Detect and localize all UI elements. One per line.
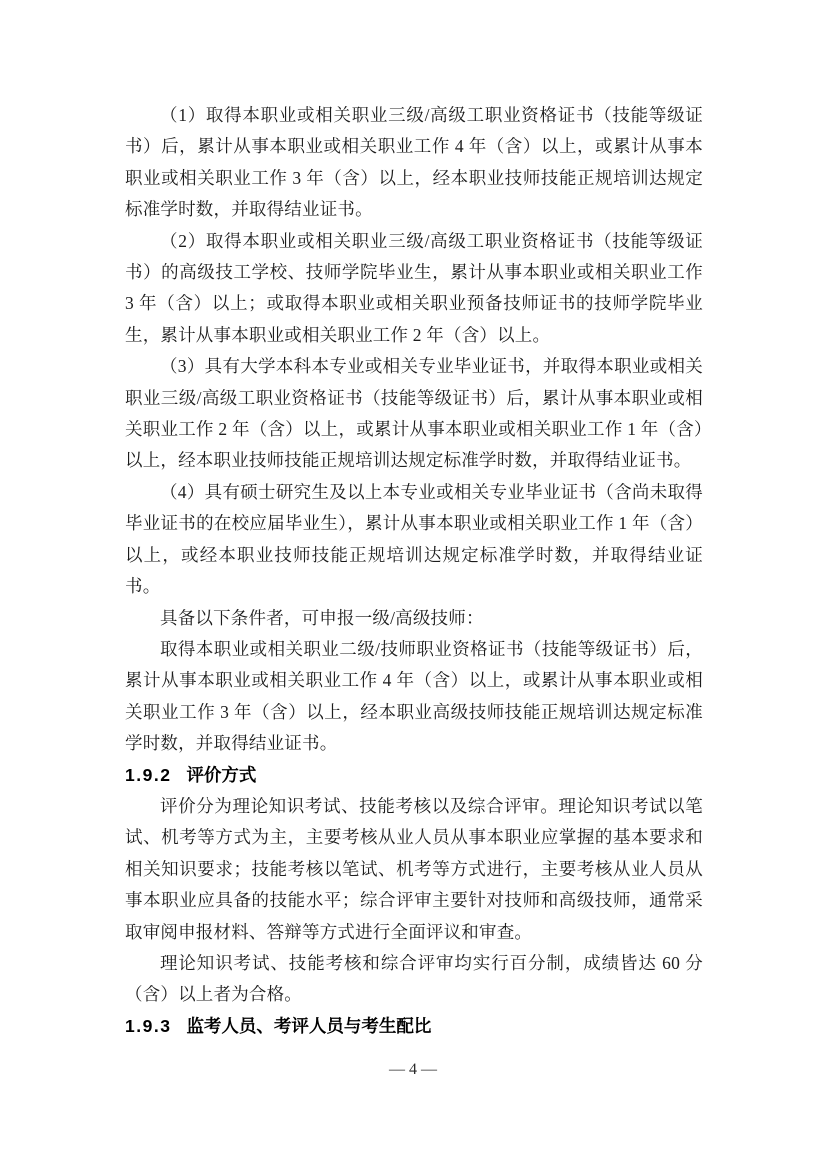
- paragraph-condition-2: （2）取得本职业或相关职业三级/高级工职业资格证书（技能等级证书）的高级技工学校…: [125, 226, 703, 352]
- paragraph-passing-score: 理论知识考试、技能考核和综合评审均实行百分制，成绩皆达 60 分（含）以上者为合…: [125, 948, 703, 1011]
- document-page: （1）取得本职业或相关职业三级/高级工职业资格证书（技能等级证书）后，累计从事本…: [0, 0, 826, 1169]
- section-title: 评价方式: [186, 765, 256, 785]
- document-body: （1）取得本职业或相关职业三级/高级工职业资格证书（技能等级证书）后，累计从事本…: [125, 100, 703, 1042]
- page-number: — 4 —: [389, 1061, 437, 1078]
- section-number: 1.9.2: [125, 765, 171, 785]
- paragraph-condition-1: （1）取得本职业或相关职业三级/高级工职业资格证书（技能等级证书）后，累计从事本…: [125, 100, 703, 226]
- section-heading-1-9-3: 1.9.3监考人员、考评人员与考生配比: [125, 1011, 703, 1042]
- paragraph-evaluation-methods: 评价分为理论知识考试、技能考核以及综合评审。理论知识考试以笔试、机考等方式为主，…: [125, 791, 703, 948]
- paragraph-condition-3: （3）具有大学本科本专业或相关专业毕业证书，并取得本职业或相关职业三级/高级工职…: [125, 351, 703, 477]
- paragraph-condition-4: （4）具有硕士研究生及以上本专业或相关专业毕业证书（含尚未取得毕业证书的在校应届…: [125, 477, 703, 603]
- section-title: 监考人员、考评人员与考生配比: [186, 1016, 431, 1036]
- page-footer: — 4 —: [0, 1058, 826, 1082]
- paragraph-senior-technician-requirement: 取得本职业或相关职业二级/技师职业资格证书（技能等级证书）后，累计从事本职业或相…: [125, 634, 703, 760]
- paragraph-senior-technician-intro: 具备以下条件者，可申报一级/高级技师：: [125, 603, 703, 634]
- section-heading-1-9-2: 1.9.2评价方式: [125, 760, 703, 791]
- section-number: 1.9.3: [125, 1016, 171, 1036]
